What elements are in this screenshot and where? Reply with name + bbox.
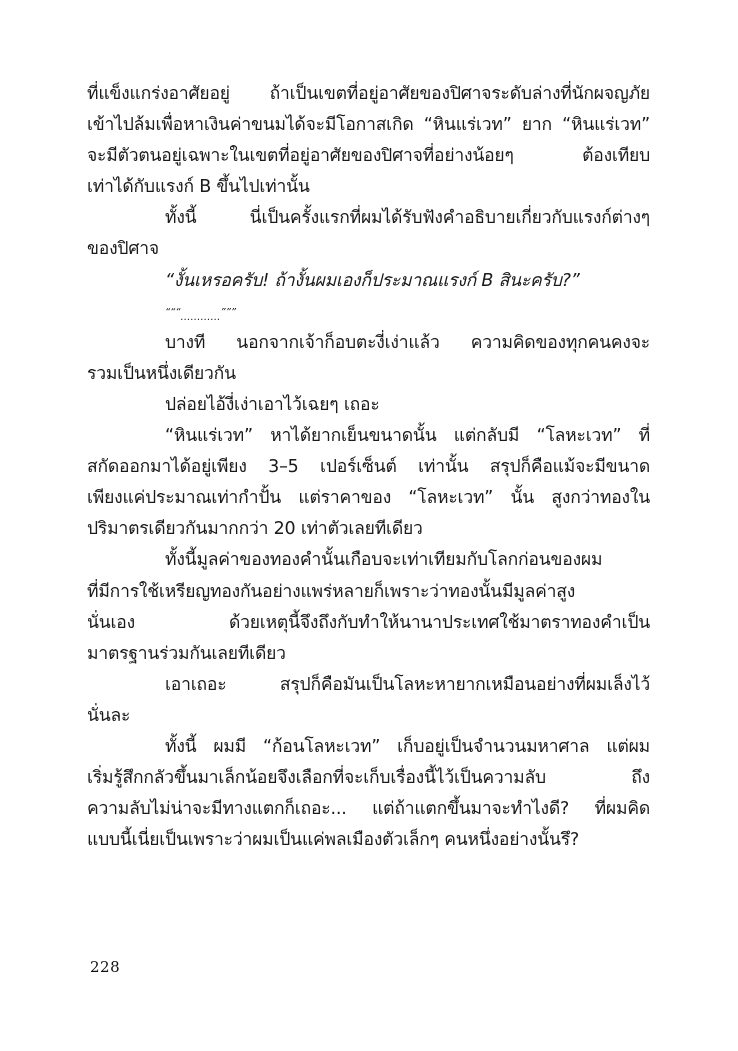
page-number: 228 <box>90 958 120 976</box>
text-line: มาตรฐานร่วมกันเลยทีเดียว <box>87 639 650 670</box>
paragraph-start-line: “หินแร่เวท” หาได้ยากเย็นขนาดนั้น แต่กลับ… <box>87 421 650 452</box>
text-line: เท่าได้กับแรงก์ B ขึ้นไปเท่านั้น <box>87 172 650 203</box>
text-line: สกัดออกมาได้อยู่เพียง 3–5 เปอร์เซ็นต์ เท… <box>87 452 650 483</box>
paragraph-start-line: ทั้งนี้ นี่เป็นครั้งแรกที่ผมได้รับฟังคำอ… <box>87 203 650 234</box>
paragraph-start-line: เอาเถอะ สรุปก็คือมันเป็นโลหะหายากเหมือนอ… <box>87 670 650 701</box>
text-line: ปริมาตรเดียวกันมากกว่า 20 เท่าตัวเลยทีเด… <box>87 514 650 545</box>
silence-dialogue-line: “““…………””” <box>87 297 650 328</box>
text-line: เข้าไปล้มเพื่อหาเงินค่าขนมได้จะมีโอกาสเก… <box>87 110 650 141</box>
text-line: แบบนี้เนี่ยเป็นเพราะว่าผมเป็นแค่พลเมืองต… <box>87 825 650 856</box>
close-quotes: ””” <box>221 307 237 318</box>
text-line: นั่นละ <box>87 701 650 732</box>
paragraph-start-line: บางที นอกจากเจ้าก็อบตะงี่เง่าแล้ว ความคิ… <box>87 328 650 359</box>
dialogue-line: “งั้นเหรอครับ! ถ้างั้นผมเองก็ประมาณแรงก์… <box>87 266 650 297</box>
text-line: ที่แข็งแกร่งอาศัยอยู่ ถ้าเป็นเขตที่อยู่อ… <box>87 79 650 110</box>
text-line: ความลับไม่น่าจะมีทางแตกก็เถอะ... แต่ถ้าแ… <box>87 794 650 825</box>
text-line: นั่นเอง ด้วยเหตุนี้จึงถึงกับทำให้นานาประ… <box>87 608 650 639</box>
paragraph-start-line: ปล่อยไอ้งี่เง่าเอาไว้เฉยๆ เถอะ <box>87 390 650 421</box>
paragraph-start-line: ทั้งนี้ ผมมี “ก้อนโลหะเวท” เก็บอยู่เป็นจ… <box>87 732 650 763</box>
open-quotes: “““ <box>165 307 181 318</box>
text-line: จะมีตัวตนอยู่เฉพาะในเขตที่อยู่อาศัยของปิ… <box>87 141 650 172</box>
paragraph-start-line: ทั้งนี้มูลค่าของทองคำนั้นเกือบจะเท่าเทีย… <box>87 545 650 576</box>
page-body: ที่แข็งแกร่งอาศัยอยู่ ถ้าเป็นเขตที่อยู่อ… <box>87 79 650 856</box>
ellipsis-dots: ………… <box>181 312 221 323</box>
text-line: ที่มีการใช้เหรียญทองกันอย่างแพร่หลายก็เพ… <box>87 577 650 608</box>
text-line: ของปิศาจ <box>87 234 650 265</box>
text-line: เพียงแค่ประมาณเท่ากำปั้น แต่ราคาของ “โลห… <box>87 483 650 514</box>
text-line: รวมเป็นหนึ่งเดียวกัน <box>87 359 650 390</box>
text-line: เริ่มรู้สึกกลัวขึ้นมาเล็กน้อยจึงเลือกที่… <box>87 763 650 794</box>
